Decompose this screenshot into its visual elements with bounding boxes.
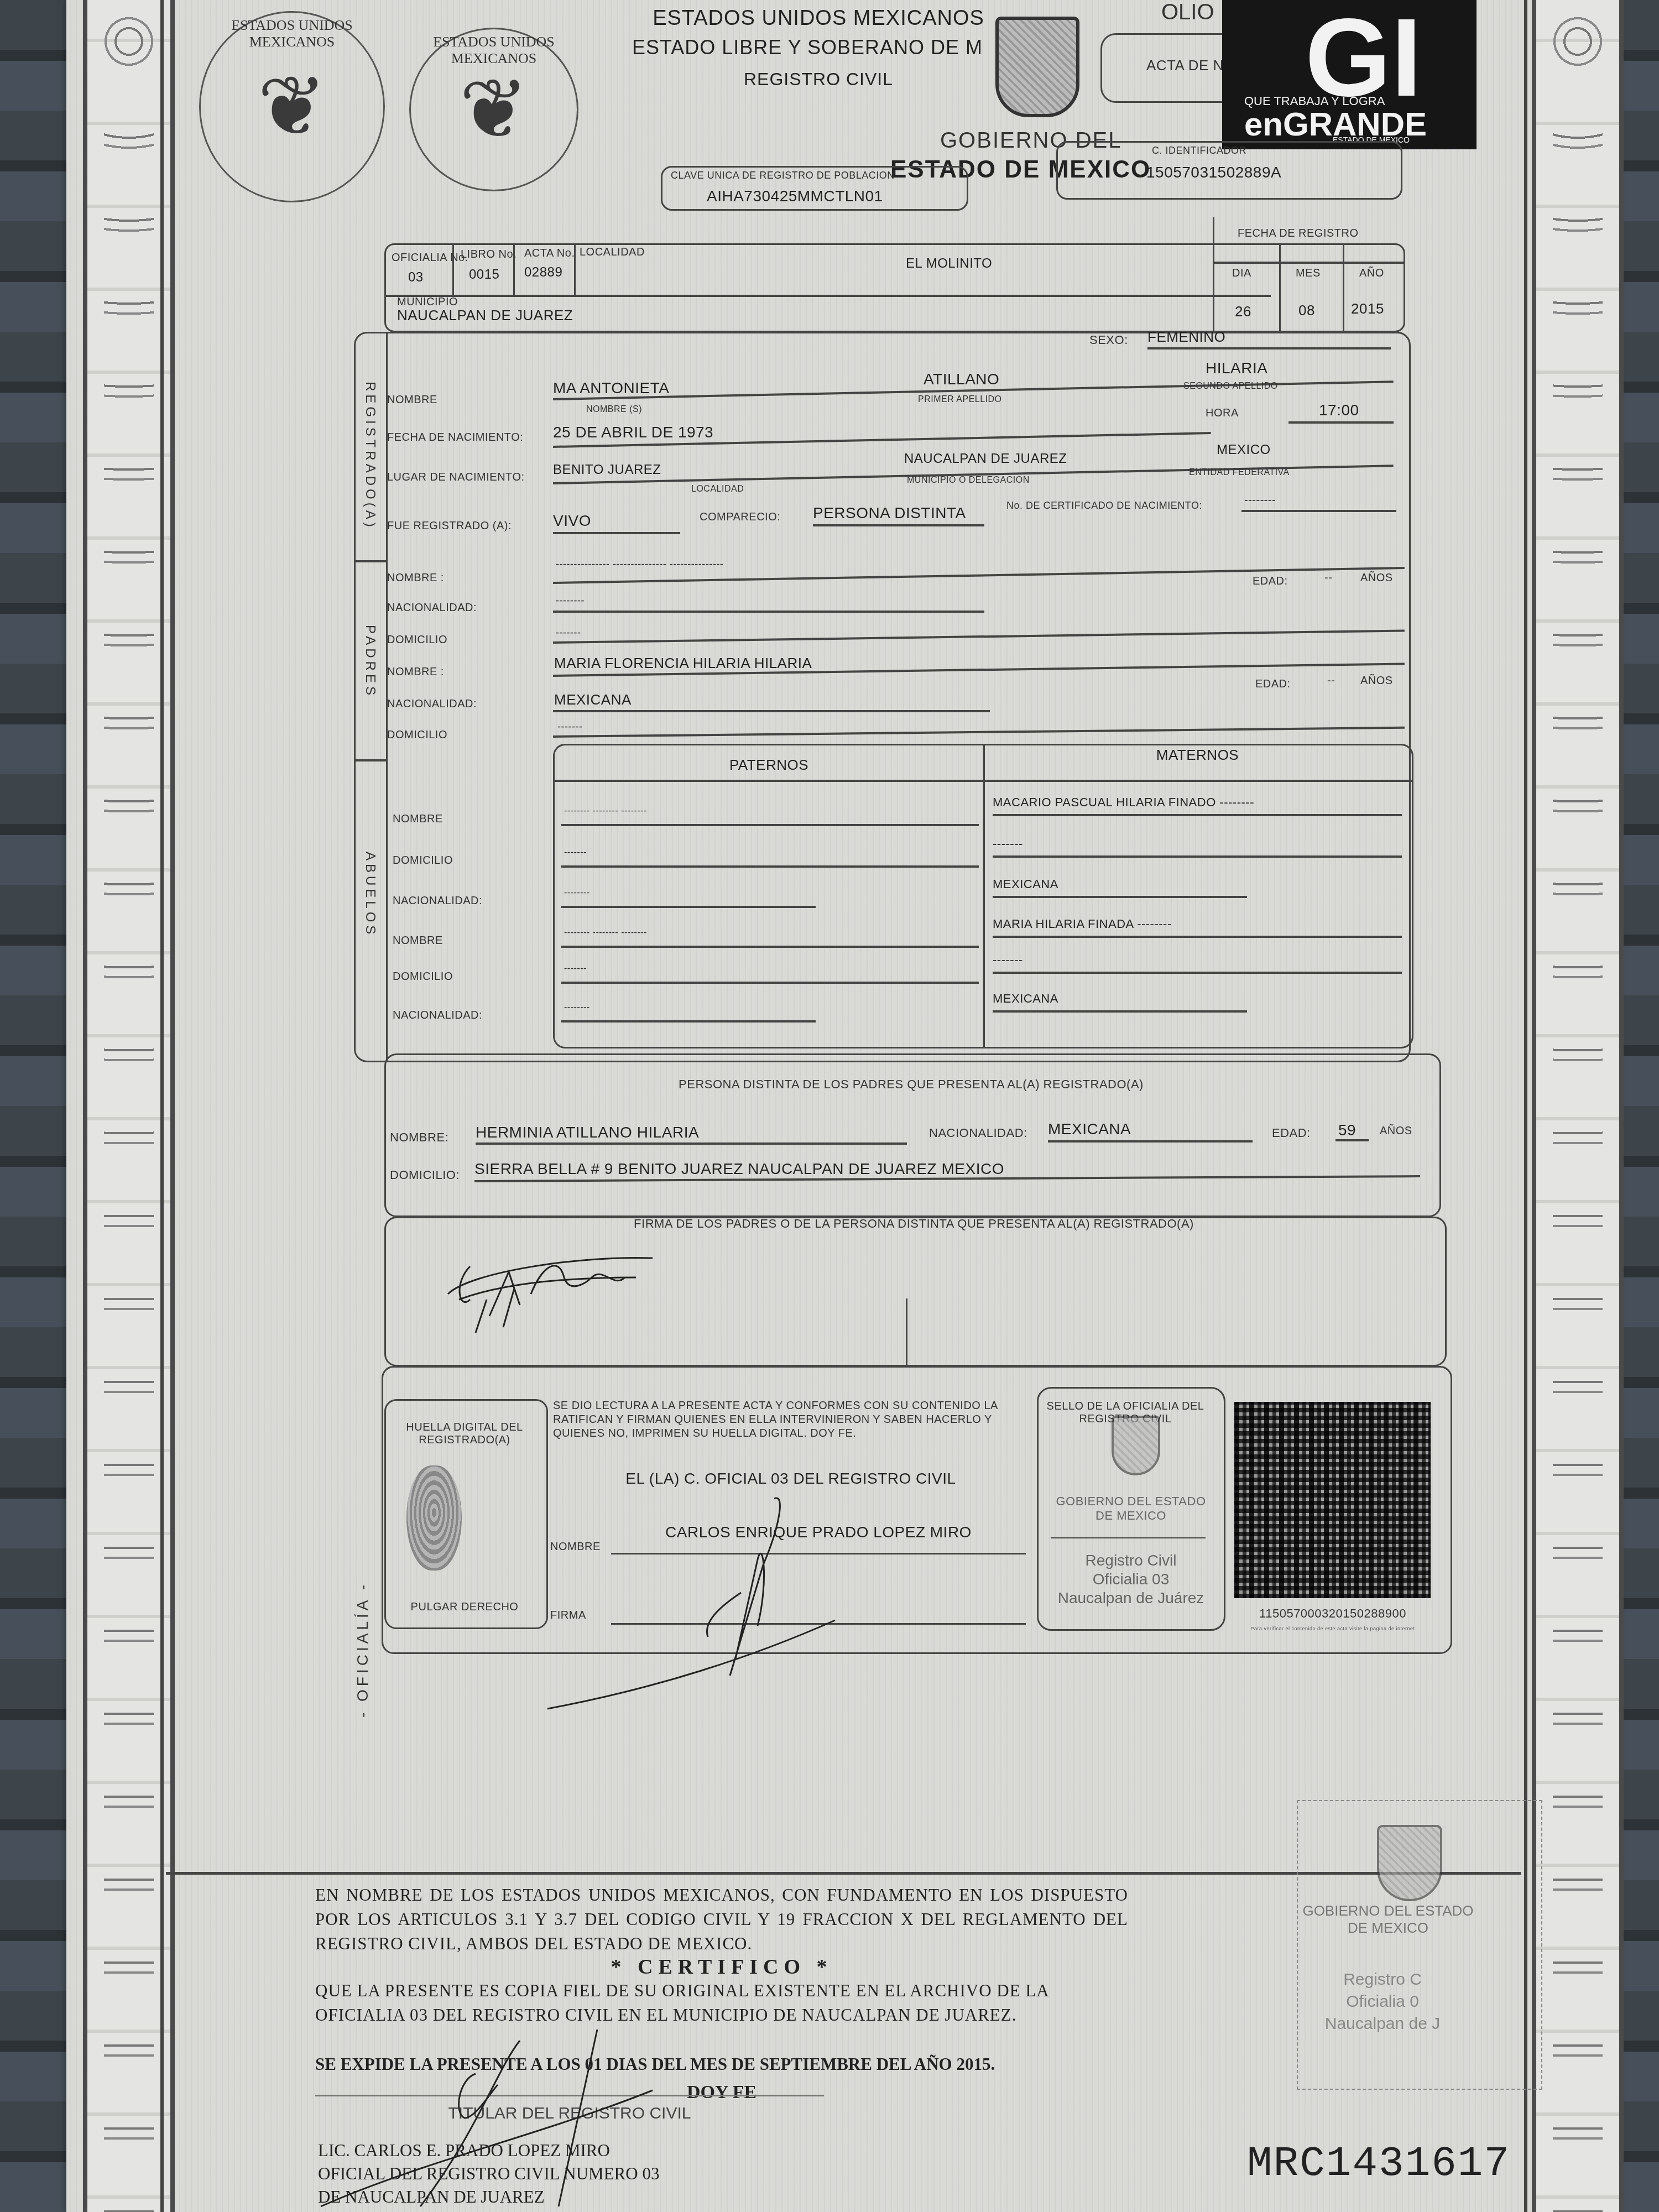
paterno-value: ------- [564,964,587,974]
comparecio-label: COMPARECIO: [700,511,780,524]
abuelos-section-label: ABUELOS [362,852,378,937]
curp-box: CLAVE UNICA DE REGISTRO DE POBLACION AIH… [661,166,968,211]
materno-value: MEXICANA [993,992,1058,1006]
materno-value: MARIA HILARIA FINADA -------- [993,917,1172,931]
lugar-nacimiento-label: LUGAR DE NACIMIENTO: [387,471,525,484]
certificacion-intro: EN NOMBRE DE LOS ESTADOS UNIDOS MEXICANO… [315,1883,1128,1956]
primer-apellido-value: ATILLANO [924,371,999,388]
paterno-value: ------- [564,848,587,858]
sexo-label: SEXO: [1089,333,1128,347]
fecha-nacimiento-label: FECHA DE NACIMIENTO: [387,431,523,444]
curp-label: CLAVE UNICA DE REGISTRO DE POBLACION [671,170,895,181]
padres-section-label: PADRES [362,625,378,698]
fue-registrado-value: VIVO [553,512,591,530]
document: ESTADOS UNIDOS MEXICANOS ❦ ESTADOS UNIDO… [0,0,1659,2212]
mes-value: 08 [1298,302,1315,319]
state-coat-of-arms-icon [995,17,1079,117]
abuelos-row-label: NOMBRE [393,813,443,826]
localidad-value: EL MOLINITO [906,256,992,272]
madre-edad-value: -- [1327,675,1335,687]
abuelos-row-label: NACIONALIDAD: [393,1009,482,1022]
sexo-value: FEMENINO [1147,328,1225,346]
hora-label: HORA [1206,407,1239,420]
lectura-text: SE DIO LECTURA A LA PRESENTE ACTA Y CONF… [553,1399,1029,1441]
madre-nacionalidad-value: MEXICANA [554,691,632,708]
madre-domicilio-label: DOMICILIO [387,729,447,742]
abuelos-table: PATERNOS MATERNOS [553,744,1413,1048]
curp-value: AIHA730425MMCTLN01 [707,187,883,205]
titular-signature [310,2024,697,2212]
serial-number: MRC1431617 [1247,2140,1510,2188]
text-line: Naucalpan de J [1294,2013,1471,2035]
paterno-value: -------- -------- -------- [564,806,647,816]
text-line: Oficialia 0 [1294,1991,1471,2013]
oficial-titulo: EL (LA) C. OFICIAL 03 DEL REGISTRO CIVIL [553,1470,1029,1488]
paternos-header: PATERNOS [555,757,983,774]
materno-value: ------- [993,837,1023,851]
fecha-nacimiento-value: 25 DE ABRIL DE 1973 [553,424,713,441]
comparecio-value: PERSONA DISTINTA [813,504,966,522]
sello-gobierno: GOBIERNO DEL ESTADO DE MEXICO [1048,1494,1214,1523]
presentador-domicilio-label: DOMICILIO: [390,1168,460,1182]
abuelos-row-label: NOMBRE [393,935,443,947]
segundo-apellido-value: HILARIA [1206,359,1267,377]
oficialia-value: 03 [408,270,424,285]
oficialia-label: OFICIALIA No. [392,252,468,264]
registration-data-table: OFICIALIA No. 03 LIBRO No. 0015 ACTA No.… [384,243,1405,332]
oficialia-section-label: - OFICIALÍA - [354,1582,372,1718]
certificado-value: -------- [1244,494,1276,507]
fingerprint-icon [406,1465,462,1571]
madre-nombre-value: MARIA FLORENCIA HILARIA HILARIA [554,655,812,672]
national-seal-icon: ESTADOS UNIDOS MEXICANOS ❦ [199,11,385,202]
text-line: Registro C [1294,1969,1471,1991]
lugar-municipio-value: NAUCALPAN DE JUAREZ [904,451,1067,467]
lugar-localidad-value: BENITO JUAREZ [553,462,661,478]
identificador-label: C. IDENTIFICADOR [1152,145,1246,156]
nombres-caption: NOMBRE (S) [586,405,642,415]
paterno-value: -------- [564,1003,590,1013]
maternos-header: MATERNOS [983,747,1412,764]
qr-note: Para verificar el contenido de este acta… [1217,1626,1449,1631]
madre-domicilio-value: ------- [557,721,582,733]
padre-nacionalidad-value: -------- [556,595,585,607]
titular-stamp-coat-of-arms-icon [1377,1825,1442,1901]
identificador-box: C. IDENTIFICADOR 15057031502889A [1056,141,1402,200]
localidad-label: LOCALIDAD [580,246,645,259]
anio-label: AÑO [1359,267,1384,280]
abuelos-row-label: NACIONALIDAD: [393,895,482,907]
presentador-domicilio-value: SIERRA BELLA # 9 BENITO JUAREZ NAUCALPAN… [474,1160,1004,1178]
certificacion-copia: QUE LA PRESENTE ES COPIA FIEL DE SU ORIG… [315,1979,1128,2027]
dia-value: 26 [1235,303,1251,320]
madre-nombre-label: NOMBRE : [387,666,444,679]
acta-no-label: ACTA No. [524,247,575,260]
paterno-value: -------- -------- -------- [564,928,647,938]
fue-registrado-label: FUE REGISTRADO (A): [387,520,512,533]
presentador-edad-value: 59 [1338,1121,1356,1139]
presentador-nacionalidad-label: NACIONALIDAD: [929,1126,1027,1140]
text-line: Registro Civil [1045,1551,1217,1570]
eagle-icon: ❦ [459,61,529,158]
identificador-value: 15057031502889A [1146,164,1281,181]
padre-domicilio-label: DOMICILIO [387,634,447,646]
hora-value: 17:00 [1319,401,1359,419]
nombres-value: MA ANTONIETA [553,379,669,397]
fecha-registro-label: FECHA DE REGISTRO [1238,227,1359,240]
presentador-nacionalidad-value: MEXICANA [1048,1120,1131,1138]
presentador-title: PERSONA DISTINTA DE LOS PADRES QUE PRESE… [384,1077,1438,1092]
segundo-apellido-caption: SEGUNDO APELLIDO [1183,382,1278,392]
sello-registro-lines: Registro CivilOficialia 03Naucalpan de J… [1045,1551,1217,1608]
madre-nacionalidad-label: NACIONALIDAD: [387,698,477,711]
qr-code[interactable] [1234,1402,1431,1598]
header-country: ESTADOS UNIDOS MEXICANOS [625,7,1012,30]
acta-no-value: 02889 [524,265,562,280]
titular-stamp-lines: Registro COficialia 0Naucalpan de J [1294,1969,1471,2035]
firma-padres-title: FIRMA DE LOS PADRES O DE LA PERSONA DIST… [384,1217,1443,1231]
entidad-caption: ENTIDAD FEDERATIVA [1189,468,1290,478]
gobierno-grande-logo: GI QUE TRABAJA Y LOGRA enGRANDE ESTADO D… [1222,0,1477,149]
presentador-edad-label: EDAD: [1272,1126,1311,1140]
primer-apellido-caption: PRIMER APELLIDO [918,395,1002,405]
certificado-label: No. DE CERTIFICADO DE NACIMIENTO: [1006,500,1202,512]
padre-edad-value: -- [1324,572,1332,585]
paterno-value: -------- [564,888,590,898]
national-seal-icon: ESTADOS UNIDOS MEXICANOS ❦ [409,28,578,191]
localidad-caption: LOCALIDAD [691,484,744,494]
seal-ring-text: ESTADOS UNIDOS MEXICANOS [411,34,577,67]
text-line: Oficialia 03 [1045,1570,1217,1589]
acta-label: ACTA DE N [1146,57,1224,74]
materno-value: MACARIO PASCUAL HILARIA FINADO -------- [993,795,1254,810]
padre-nombre-value: --------------- --------------- --------… [556,559,723,570]
nombre-label: NOMBRE [387,394,437,406]
stamp-coat-of-arms-icon [1112,1416,1160,1475]
titular-stamp-gobierno: GOBIERNO DEL ESTADO DE MEXICO [1300,1902,1477,1937]
materno-value: MEXICANA [993,877,1058,891]
header-registry: REGISTRO CIVIL [691,69,946,90]
abuelos-row-label: DOMICILIO [393,971,453,983]
huella-label: HUELLA DIGITAL DEL REGISTRADO(A) [393,1421,536,1447]
qr-number: 115057000320150288900 [1217,1606,1449,1621]
registrado-section-label: REGISTRADO(A) [362,382,378,530]
abuelos-row-label: DOMICILIO [393,854,453,867]
libro-label: LIBRO No. [461,248,517,261]
lugar-entidad-value: MEXICO [1217,442,1271,458]
mes-label: MES [1296,267,1321,280]
pulgar-label: PULGAR DERECHO [393,1601,536,1614]
libro-value: 0015 [469,267,499,283]
presentador-nombre-value: HERMINIA ATILLANO HILARIA [476,1124,699,1141]
materno-value: ------- [993,953,1023,967]
padre-nacionalidad-label: NACIONALIDAD: [387,602,477,614]
oficial-signature [525,1493,912,1714]
municipio-value: NAUCALPAN DE JUAREZ [397,307,573,324]
presentador-anios-label: AÑOS [1380,1125,1412,1138]
presentador-signature [437,1244,669,1344]
eagle-icon: ❦ [257,59,327,155]
text-line: Naucalpan de Juárez [1045,1589,1217,1608]
padre-edad-label: EDAD: [1253,575,1288,588]
municipio-caption: MUNICIPIO O DELEGACION [907,476,1030,486]
seal-ring-text: ESTADOS UNIDOS MEXICANOS [201,17,383,50]
madre-edad-label: EDAD: [1255,678,1291,691]
header-state: ESTADO LIBRE Y SOBERANO DE M [614,36,1001,59]
anio-value: 2015 [1351,300,1384,317]
presentador-nombre-label: NOMBRE: [390,1130,448,1145]
padre-domicilio-value: ------- [556,627,581,639]
dia-label: DIA [1232,267,1251,280]
padre-anios-label: AÑOS [1360,572,1393,585]
madre-anios-label: AÑOS [1360,675,1393,687]
certifico-heading: * CERTIFICO * [315,1955,1128,1979]
padre-nombre-label: NOMBRE : [387,572,444,585]
